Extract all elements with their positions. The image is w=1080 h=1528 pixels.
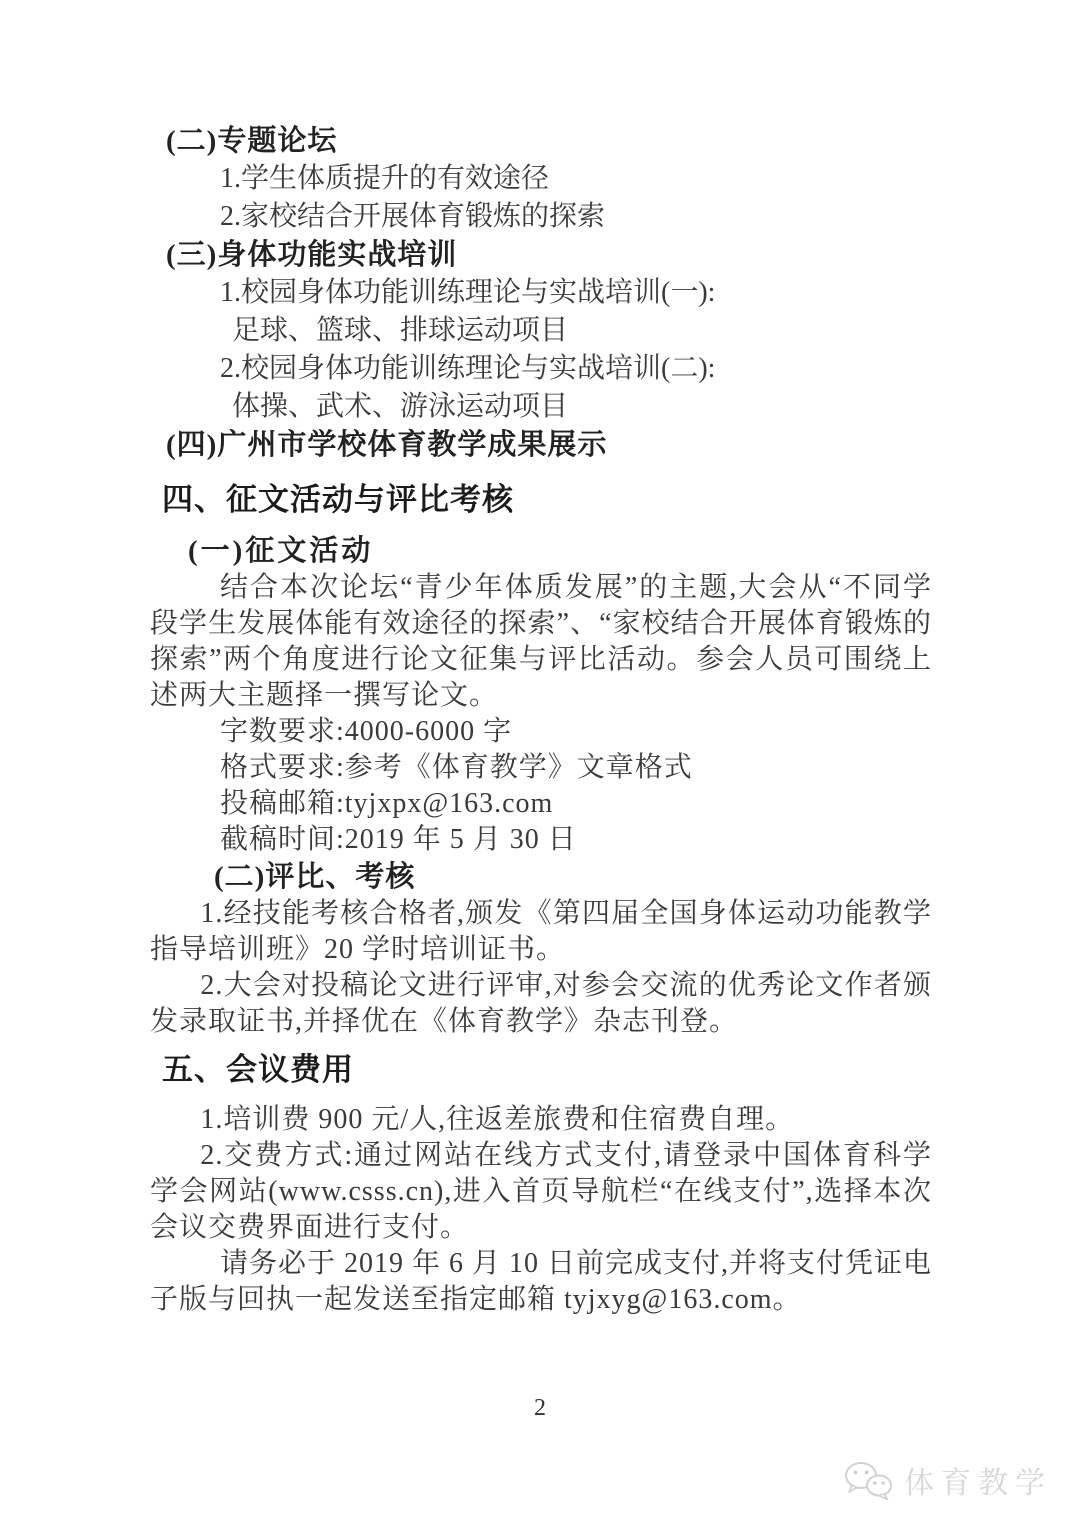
detail-line: 投稿邮箱:tyjxpx@163.com xyxy=(220,786,932,822)
sub-heading: (三)身体功能实战培训 xyxy=(166,236,932,274)
wechat-icon xyxy=(842,1460,894,1500)
paragraph: 2.交费方式:通过网站在线方式支付,请登录中国体育科学学会网站(www.csss… xyxy=(150,1138,932,1246)
list-item-continued: 足球、篮球、排球运动项目 xyxy=(232,312,932,350)
list-item: 2.校园身体功能训练理论与实战培训(二): xyxy=(220,350,932,388)
watermark-label: 体育教学 xyxy=(904,1458,1052,1502)
list-item: 2.家校结合开展体育锻炼的探索 xyxy=(220,198,932,236)
watermark: 体育教学 xyxy=(842,1458,1052,1502)
paragraph: 2.大会对投稿论文进行评审,对参会交流的优秀论文作者颁发录取证书,并择优在《体育… xyxy=(150,968,932,1040)
list-item-continued: 体操、武术、游泳运动项目 xyxy=(232,388,932,426)
document-blocks: (二)专题论坛1.学生体质提升的有效途径2.家校结合开展体育锻炼的探索(三)身体… xyxy=(0,0,1080,1318)
detail-line: 字数要求:4000-6000 字 xyxy=(220,714,932,750)
paragraph: 1.培训费 900 元/人,往返差旅费和住宿费自理。 xyxy=(150,1102,932,1138)
list-item: 1.校园身体功能训练理论与实战培训(一): xyxy=(220,274,932,312)
detail-line: 截稿时间:2019 年 5 月 30 日 xyxy=(220,822,932,858)
list-item: 1.学生体质提升的有效途径 xyxy=(220,160,932,198)
paragraph: 1.经技能考核合格者,颁发《第四届全国身体运动功能教学指导培训班》20 学时培训… xyxy=(150,896,932,968)
section-heading: 五、会议费用 xyxy=(162,1048,932,1092)
detail-line: 格式要求:参考《体育教学》文章格式 xyxy=(220,750,932,786)
sub-heading: (一)征文活动 xyxy=(188,532,932,570)
sub-heading: (二)评比、考核 xyxy=(214,858,932,896)
sub-heading: (四)广州市学校体育教学成果展示 xyxy=(166,426,932,464)
paragraph: 结合本次论坛“青少年体质发展”的主题,大会从“不同学段学生发展体能有效途径的探索… xyxy=(150,570,932,714)
section-heading: 四、征文活动与评比考核 xyxy=(162,478,932,522)
paragraph: 请务必于 2019 年 6 月 10 日前完成支付,并将支付凭证电子版与回执一起… xyxy=(150,1246,932,1318)
page-number: 2 xyxy=(0,1394,1080,1422)
sub-heading: (二)专题论坛 xyxy=(166,122,932,160)
document-page: (二)专题论坛1.学生体质提升的有效途径2.家校结合开展体育锻炼的探索(三)身体… xyxy=(0,0,1080,1528)
